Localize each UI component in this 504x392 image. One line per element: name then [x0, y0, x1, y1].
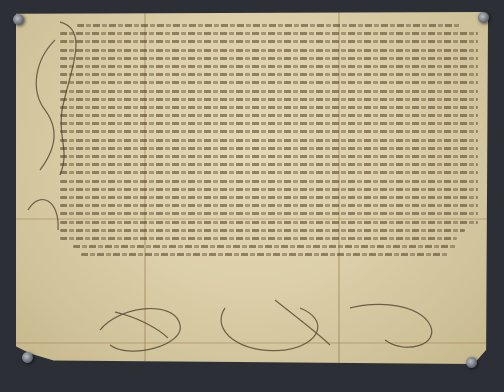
pin-bottom-left [22, 352, 33, 363]
pin-bottom-right [466, 357, 477, 368]
initial-flourish [36, 40, 55, 170]
pin-top-right [478, 12, 489, 23]
ink-flourishes [0, 0, 504, 392]
pin-top-left [13, 14, 24, 25]
